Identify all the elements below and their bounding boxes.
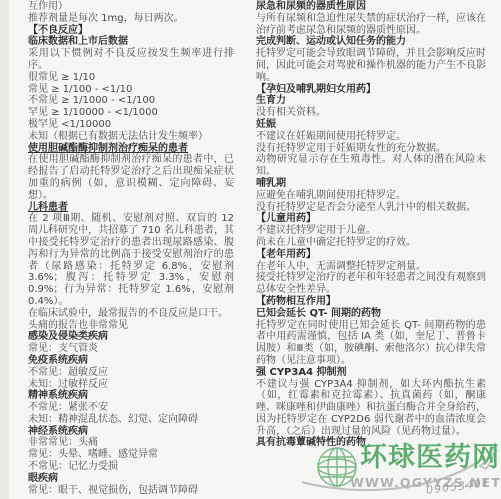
text-line: 在临床试验中，最常报告的不良反应是口干。 [28, 308, 234, 320]
text-line: 【儿童用药】 [256, 213, 486, 225]
text-line: 接受托特罗定治疗的老年和年轻患者之间没有观察到总体安全性差异。 [256, 272, 486, 296]
text-line: 【药物相互作用】 [256, 296, 486, 308]
text-line: 托特罗定在同时使用已知会延长 QT- 间期药物的患者中用药需谨慎，包括 IA 类… [256, 320, 486, 367]
text-line: 极罕见 <1/10000 [28, 119, 234, 131]
text-line: 未知：过敏样反应 [28, 379, 234, 391]
text-line: 不建议与强 CYP3A4 抑制剂，如大环内酯抗生素（如，红霉素和克拉霉素）、抗真… [256, 379, 486, 438]
text-line: 生育力 [256, 95, 486, 107]
text-line: 推荐剂量是每次 1mg，每日两次。 [28, 13, 234, 25]
text-line: 尿急和尿频的器质性原因 [256, 1, 486, 13]
text-line: 在老年人中，无需调整托特罗定剂量。 [256, 261, 486, 273]
text-line: 免疫系统疾病 [28, 355, 234, 367]
text-line: 采用以下惯例对不良反应按发生频率进行排序。 [28, 48, 234, 72]
left-column: 互作用）推荐剂量是每次 1mg，每日两次。【不良反应】临床数据和上市后数据采用以… [28, 1, 234, 496]
text-line: 【不良反应】 [28, 25, 234, 37]
text-line: 不常见：紧张不安 [28, 402, 234, 414]
text-line: 非常常见：头痛 [28, 437, 234, 449]
text-line: 临床数据和上市后数据 [28, 36, 234, 48]
text-line: 常见：头晕、嗜睡、感觉异常 [28, 449, 234, 461]
text-line: 没有托特罗定是否会分泌至人乳汁中的相关数据。 [256, 202, 486, 214]
text-line: 常见：支气管炎 [28, 343, 234, 355]
watermark-brand-text: 环球医药网 [360, 442, 500, 473]
text-line: 未知：精神混乱状态、幻觉、定向障碍 [28, 414, 234, 426]
watermark: 环球医药网® WWW.QGYYZS.NET 09053401 [298, 436, 501, 499]
text-line: 没有托特罗定用于妊娠期女性的充分数据。 [256, 143, 486, 155]
text-line: 没有相关资料。 [256, 107, 486, 119]
text-line: 不常见 ≥ 1/1000 - <1/100 [28, 95, 234, 107]
text-line: 很常见 ≥ 1/10 [28, 72, 234, 84]
text-line: 动物研究显示存在生殖毒性。对人体的潜在风险未知。 [256, 154, 486, 178]
page-edge [0, 0, 9, 499]
text-line: 【孕妇及哺乳期妇女用药】 [256, 84, 486, 96]
text-line: 儿科患者 [28, 202, 234, 214]
text-line: 使用胆碱酯酶抑制剂治疗痴呆的患者 [28, 143, 234, 155]
right-column: 尿急和尿频的器质性原因与所有尿频和急迫性尿失禁的症状治疗一样，应该在治疗前考虑尿… [256, 1, 486, 449]
drug-insert-page: 互作用）推荐剂量是每次 1mg，每日两次。【不良反应】临床数据和上市后数据采用以… [0, 0, 501, 499]
text-line: 应避免在哺乳期间使用托特罗定。 [256, 190, 486, 202]
text-line: 在使用胆碱酯酶抑制剂治疗痴呆的患者中，已经报告了启动托特罗定治疗之后出现痴呆症状… [28, 154, 234, 201]
watermark-brand: 环球医药网® [360, 444, 501, 471]
text-line: 互作用） [28, 1, 234, 13]
text-line: 不常见：超敏反应 [28, 367, 234, 379]
text-line: 在 2 项Ⅲ期、随机、安慰剂对照、双盲的 12 周儿科研究中，共招募了 710 … [28, 213, 234, 307]
text-line: 头痛的报告也非常常见 [28, 320, 234, 332]
text-line: 完成判断、运动或认知任务的能力 [256, 36, 486, 48]
text-line: 尚未在儿童中确定托特罗定的疗效。 [256, 237, 486, 249]
text-line: 不建议在妊娠期间使用托特罗定。 [256, 131, 486, 143]
text-line: 常见 ≥ 1/100 - <1/10 [28, 84, 234, 96]
text-line: 神经系统疾病 [28, 426, 234, 438]
text-line: 罕见 ≥ 1/10000 - <1/1000 [28, 107, 234, 119]
text-line: 不常见：记忆力受损 [28, 461, 234, 473]
text-line: 不建议托特罗定用于儿童。 [256, 225, 486, 237]
text-line: 眼疾病 [28, 473, 234, 485]
text-line: 常见：眼干、视觉损伤，包括调节障碍 [28, 485, 234, 497]
text-line: 未知（根据已有数据无法估计发生频率） [28, 131, 234, 143]
text-line: 哺乳期 [256, 178, 486, 190]
text-line: 妊娠 [256, 119, 486, 131]
text-line: 【老年用药】 [256, 249, 486, 261]
text-line: 已知会延长 QT- 间期的药物 [256, 308, 486, 320]
text-line: 强 CYP3A4 抑制剂 [256, 367, 486, 379]
text-line: 托特罗定可能会导致眼调节障碍，并且会影响反应时间，因此可能会对驾驶和操作机器的能… [256, 48, 486, 83]
text-line: 精神系统疾病 [28, 390, 234, 402]
text-line: 感染及侵染类疾病 [28, 331, 234, 343]
text-line: 与所有尿频和急迫性尿失禁的症状治疗一样，应该在治疗前考虑尿急和尿频的器质性原因。 [256, 13, 486, 37]
